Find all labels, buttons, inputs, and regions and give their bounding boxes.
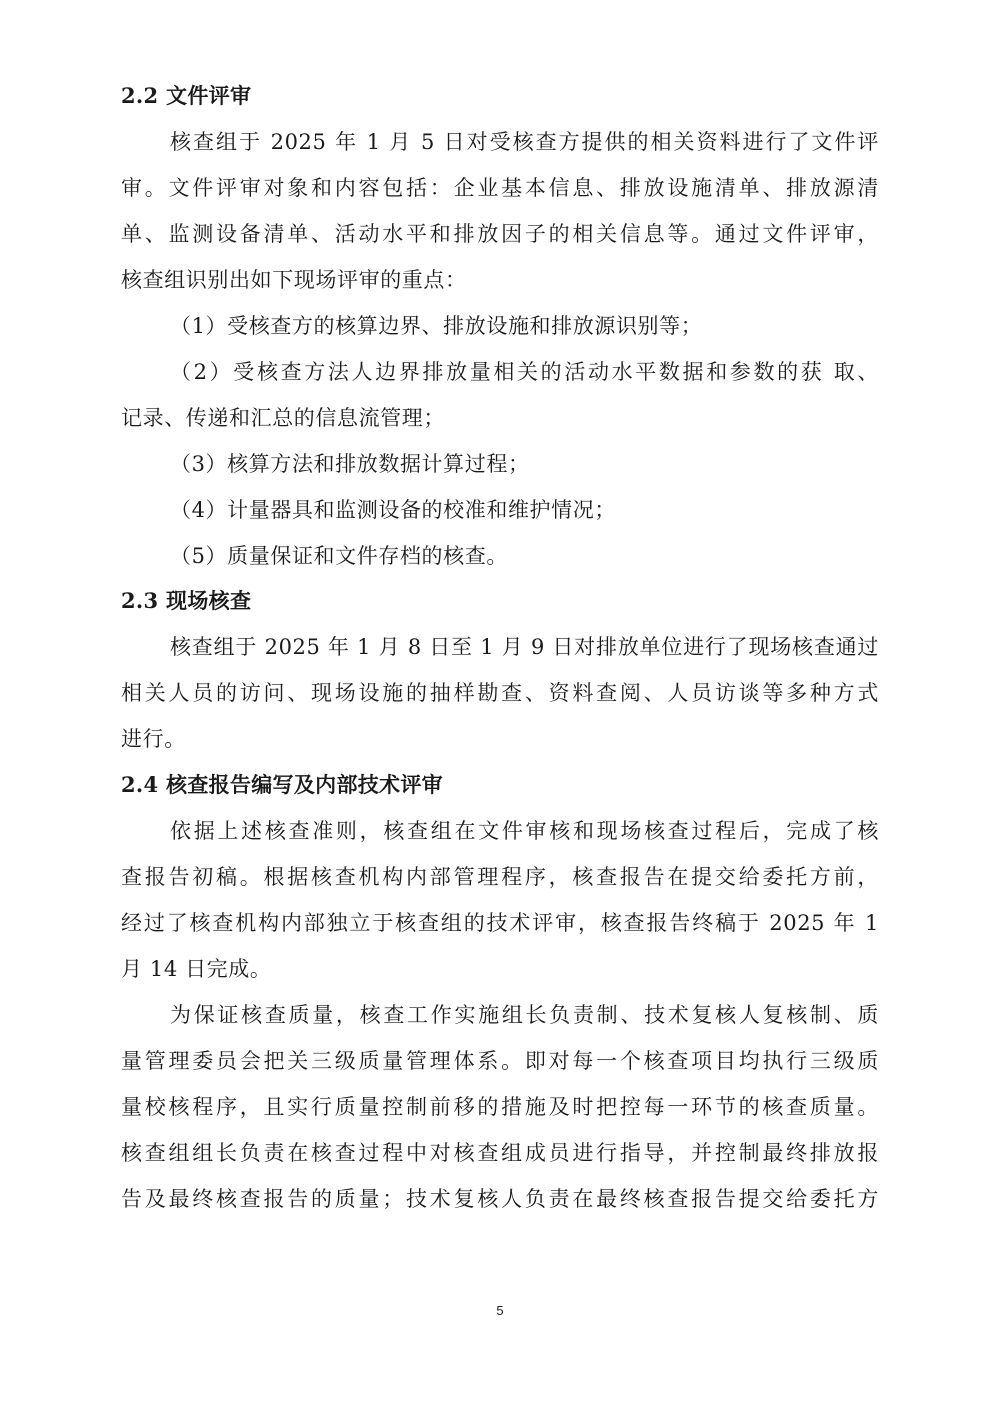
paragraph-line: 进行。: [121, 725, 879, 753]
list-item: （2）受核查方法人边界排放量相关的活动水平数据和参数的获 取、: [170, 358, 879, 386]
paragraph-line: 核查组组长负责在核查过程中对核查组成员进行指导，并控制最终排放报: [121, 1139, 879, 1167]
section-heading-2-2: 2.2 文件评审: [121, 82, 251, 110]
paragraph-line: 核查组识别出如下现场评审的重点：: [121, 266, 879, 294]
paragraph-line: 核查组于 2025 年 1 月 8 日至 1 月 9 日对排放单位进行了现场核查…: [170, 633, 879, 661]
paragraph-line: 量校核程序，且实行质量控制前移的措施及时把控每一环节的核查质量。: [121, 1093, 879, 1121]
paragraph-line: 告及最终核查报告的质量；技术复核人负责在最终核查报告提交给委托方: [121, 1185, 879, 1213]
list-item: （4）计量器具和监测设备的校准和维护情况；: [170, 496, 928, 524]
list-item-continuation: 记录、传递和汇总的信息流管理；: [121, 404, 879, 432]
paragraph-line: 月 14 日完成。: [121, 955, 879, 983]
document-page: 2.2 文件评审 核查组于 2025 年 1 月 5 日对受核查方提供的相关资料…: [0, 0, 1000, 1415]
section-heading-2-3: 2.3 现场核查: [121, 587, 251, 615]
paragraph-line: 审。文件评审对象和内容包括：企业基本信息、排放设施清单、排放源清: [121, 174, 879, 202]
page-number: 5: [0, 1303, 1000, 1318]
paragraph-line: 为保证核查质量，核查工作实施组长负责制、技术复核人复核制、质: [170, 1001, 879, 1029]
paragraph-line: 依据上述核查准则，核查组在文件审核和现场核查过程后，完成了核: [170, 817, 879, 845]
paragraph-line: 单、监测设备清单、活动水平和排放因子的相关信息等。通过文件评审，: [121, 220, 879, 248]
list-item: （1）受核查方的核算边界、排放设施和排放源识别等；: [170, 312, 928, 340]
paragraph-line: 经过了核查机构内部独立于核查组的技术评审，核查报告终稿于 2025 年 1: [121, 909, 879, 937]
list-item: （5）质量保证和文件存档的核查。: [170, 542, 928, 570]
paragraph-line: 相关人员的访问、现场设施的抽样勘查、资料查阅、人员访谈等多种方式: [121, 679, 879, 707]
list-item: （3）核算方法和排放数据计算过程；: [170, 450, 928, 478]
section-heading-2-4: 2.4 核查报告编写及内部技术评审: [121, 771, 443, 799]
paragraph-line: 查报告初稿。根据核查机构内部管理程序，核查报告在提交给委托方前，: [121, 863, 879, 891]
paragraph-line: 核查组于 2025 年 1 月 5 日对受核查方提供的相关资料进行了文件评: [170, 128, 879, 156]
paragraph-line: 量管理委员会把关三级质量管理体系。即对每一个核查项目均执行三级质: [121, 1047, 879, 1075]
